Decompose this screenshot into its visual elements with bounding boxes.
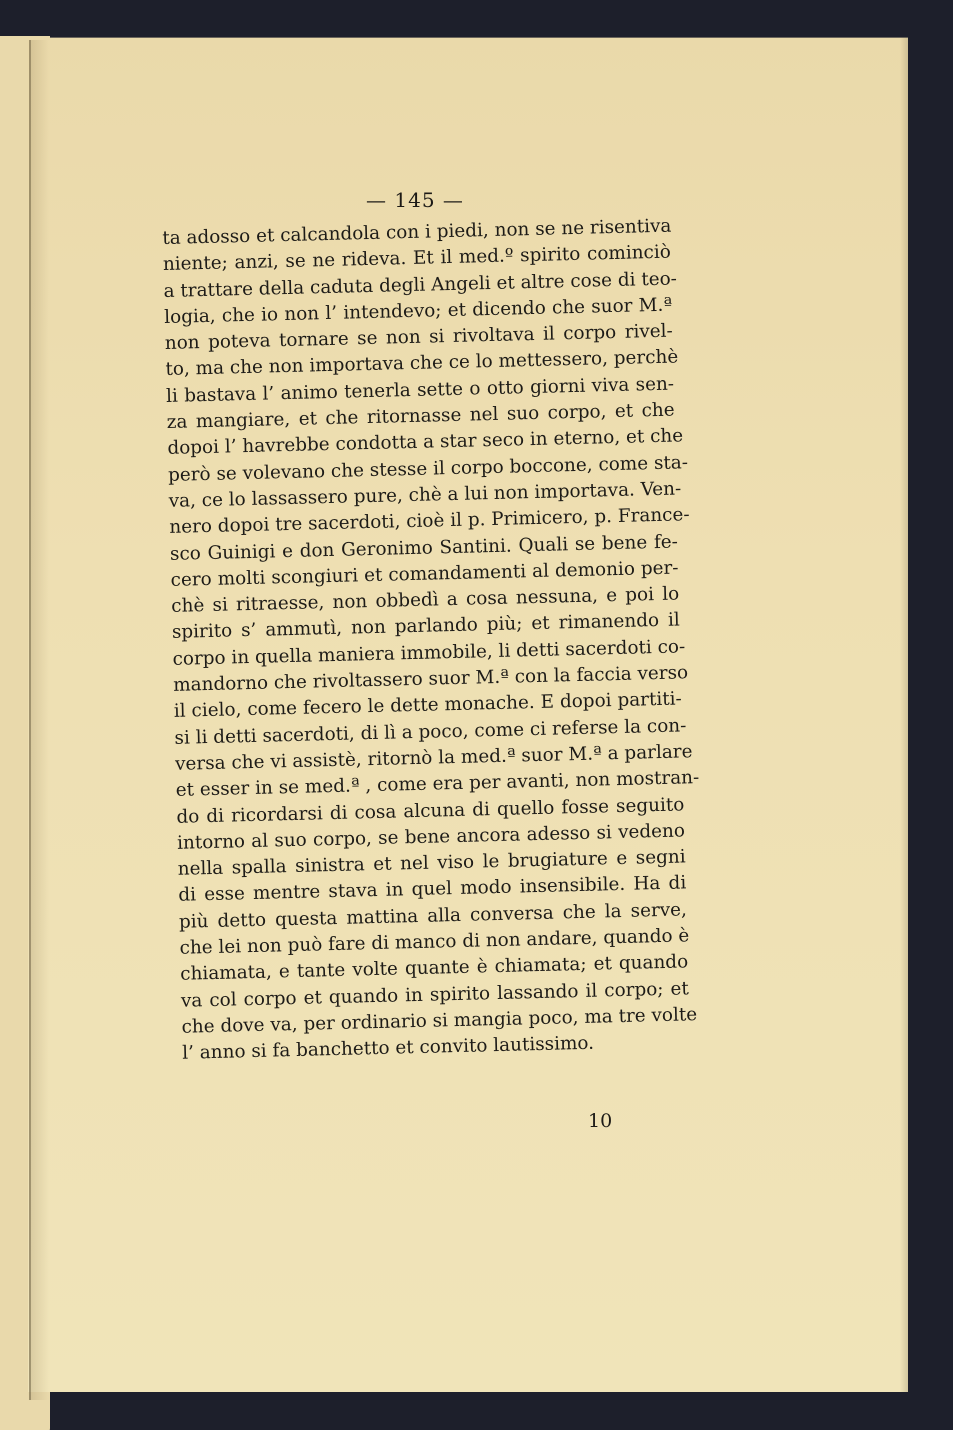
page-number-header: — 145 — xyxy=(160,188,670,212)
gutter-shadow xyxy=(31,40,49,1400)
body-text: ta adosso et calcandola con i piedi, non… xyxy=(162,214,690,1068)
signature-mark: 10 xyxy=(588,1110,612,1132)
